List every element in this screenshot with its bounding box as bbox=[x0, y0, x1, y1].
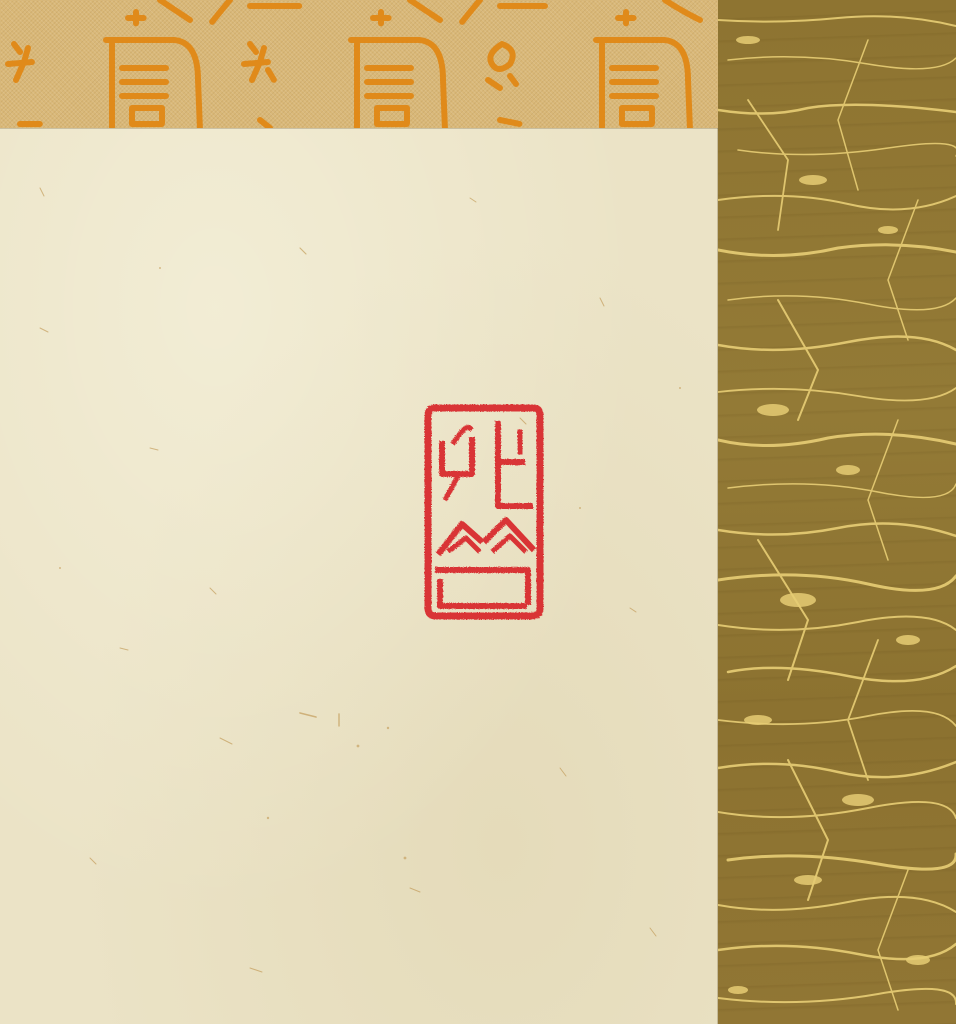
insect-motif-icon bbox=[488, 44, 516, 88]
brocade-pattern bbox=[0, 0, 718, 128]
longevity-character-icon bbox=[596, 12, 690, 128]
gold-crackle-pattern bbox=[718, 0, 956, 1024]
paper-fibers bbox=[0, 128, 718, 1024]
dragonfly-motif-icon bbox=[8, 44, 32, 80]
gold-leaf-mounting: Gold-leaf side mounting with crackle pat… bbox=[718, 0, 956, 1024]
scroll-paper: Cream-colored paper with scattered fiber… bbox=[0, 128, 718, 1024]
seal-impression-icon bbox=[424, 402, 544, 623]
dragonfly-motif-icon bbox=[244, 44, 274, 80]
longevity-character-icon bbox=[106, 12, 200, 128]
longevity-character-icon bbox=[351, 12, 445, 128]
red-seal: Red artist's seal (rakkan) in seal-scrip… bbox=[424, 402, 544, 623]
brocade-band: Upper brocade mounting (ichimonji) with … bbox=[0, 0, 718, 128]
